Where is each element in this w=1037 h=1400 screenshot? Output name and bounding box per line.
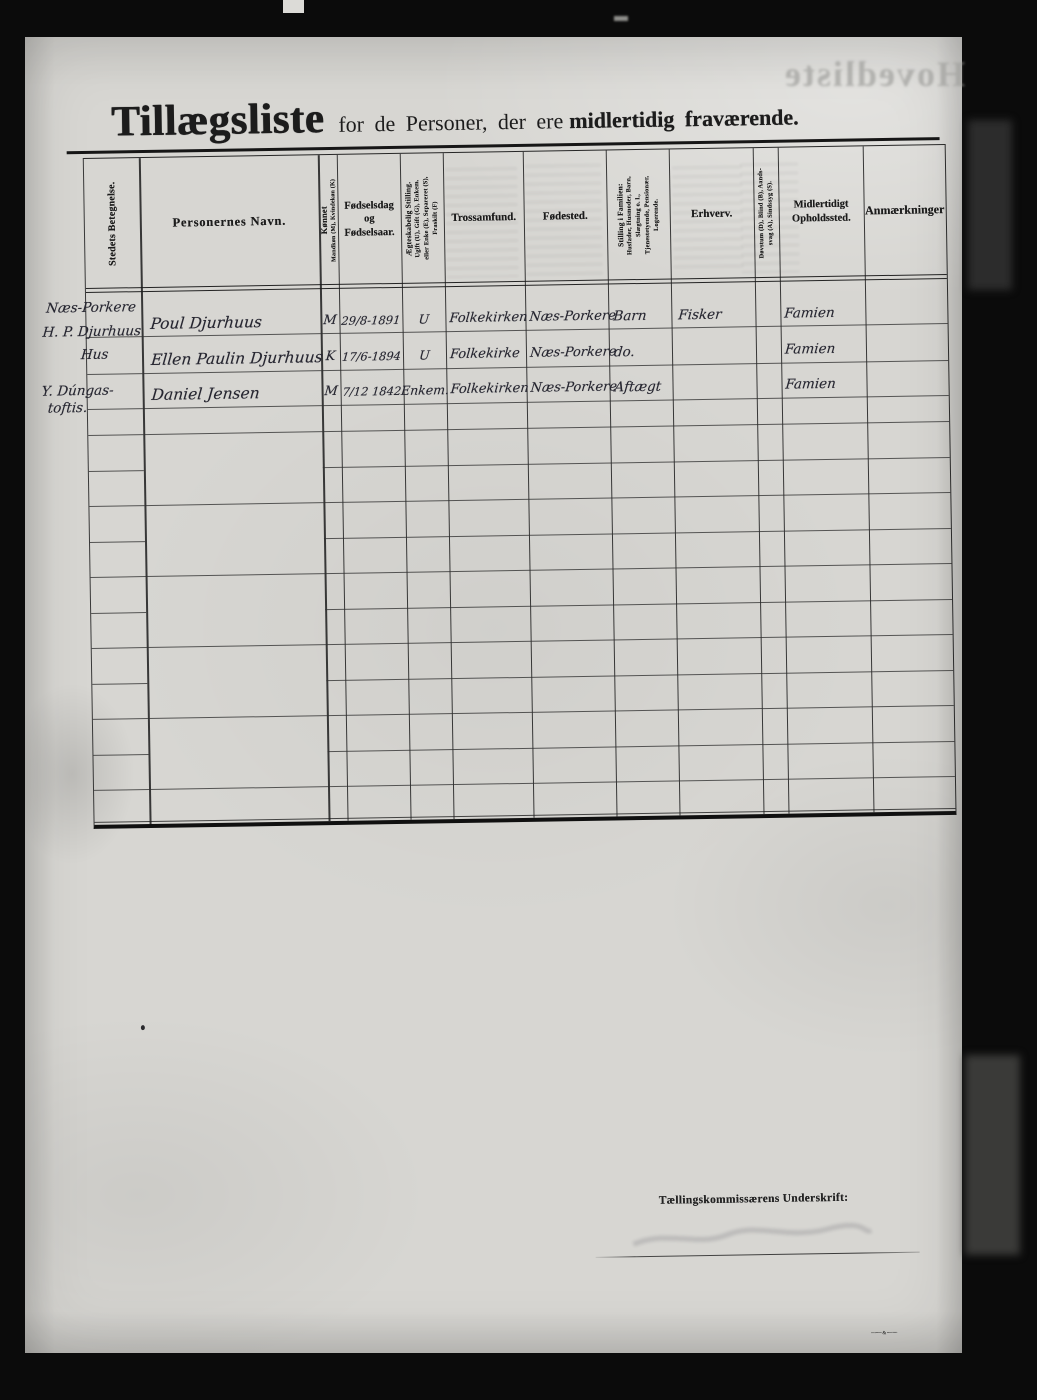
entry-sex-row1: M [320,303,340,339]
entry-marital-row3: Enkem. [403,372,447,408]
row-rule [92,647,147,649]
header-line-family: Husfader, Husmoder, Barn, [626,176,634,255]
row-rule [89,470,144,472]
header-line-family: Slægtning o. l., [635,193,643,236]
row-rule [88,434,143,436]
entry-family-row1: Barn [608,297,676,334]
entry-sex-row3: M [321,374,341,410]
entry-disability-row2 [755,331,781,367]
column-header-birth: FødselsdagogFødselsaar. [337,157,402,282]
entry-church-row1: Folkekirken [445,300,529,337]
header-line-sex: Kønnet [319,206,329,234]
place-entry-line: Næs-Porkere [45,299,136,316]
row-rule [325,563,952,574]
entry-birth-row2: 17/6-1894 [339,337,404,374]
place-entry-line: toftis. [47,400,88,417]
place-entry-line: H. P. Djurhuus [42,323,142,341]
header-line-name: Personernes Navn. [172,213,286,231]
bleedthrough-smudge [672,165,744,274]
header-line-place: Stedets Betegnelse. [106,181,118,266]
row-rule [143,431,322,435]
title-main: Tillægsliste [111,95,325,145]
row-rule [93,718,148,720]
entry-occupation-row3 [672,367,763,404]
entry-birth-row3: 7/12 1842 [340,373,405,410]
printer-mark: ········· & ········· [871,1331,897,1336]
header-line-birth: Fødselsdag [344,199,394,213]
entry-occupation-row1: Fisker [671,296,762,333]
row-rule [87,373,142,375]
header-line-marital: Ægteskabelig Stilling. [404,181,413,256]
row-rule [148,715,327,719]
entry-birthplace-row2: Næs-Porkere [525,334,612,371]
row-rule [144,502,323,506]
signature-ghost [627,1217,877,1253]
frame-dash [614,16,628,21]
entry-birth-row1: 29/8-1891 [339,302,404,339]
page-title: Tillægslistefor de Personer, der eremidl… [111,86,799,146]
row-rule [94,789,149,791]
title-sub-bold: midlertidig fraværende. [569,104,799,133]
entry-remarks-row3 [866,364,953,401]
frame-patch [968,120,1012,290]
entry-name-row3: Daniel Jensen [142,374,330,413]
frame-patch [965,1055,1020,1255]
header-line-family: Stilling i Familien: [616,183,625,247]
entry-name-row1: Poul Djurhuus [141,303,329,342]
entry-marital-row2: U [402,337,446,373]
header-line-marital: Fraskilt (F) [433,202,440,235]
entry-residence-row1: Famien [780,294,869,331]
signature-label: Tællingskommissærens Underskrift: [659,1192,849,1207]
place-entry-line: Y. Dúngas- [41,383,115,400]
row-rule [327,705,954,716]
header-line-marital: eller Enke (E), Separeret (S), [423,177,431,260]
entry-residence-row3: Famien [781,365,870,402]
bleedthrough-smudge [525,164,603,279]
column-header-sex: KønnetMandkøn (M), Kvindekøn (K) [318,158,339,282]
header-line-residence: Opholdssted. [792,212,851,227]
row-rule [324,527,951,538]
row-rule [146,573,325,577]
header-line-residence: Midlertidigt [794,198,849,213]
entry-church-row2: Folkekirke [445,335,529,372]
entry-disability-row3 [756,367,782,403]
row-rule [91,576,146,578]
bleedthrough-smudge [740,162,800,273]
row-rule [88,408,143,410]
title-sub-regular: for de Personer, der ere [338,108,563,137]
header-line-birth: og [364,212,375,226]
column-header-family: Stilling i Familien:Husfader, Husmoder, … [606,153,671,278]
row-rule [325,598,952,609]
entry-sex-row2: K [320,338,340,374]
header-line-family: Tjenestetyende, Pensionær, [644,176,652,254]
entry-residence-row2: Famien [780,330,869,367]
entry-occupation-row2 [671,332,762,369]
header-line-birth: Fødselsaar. [344,226,394,240]
census-table: Stedets Betegnelse.Personernes Navn.Kønn… [83,144,957,829]
place-entry-line: Hus [80,347,109,363]
paper-sheet: Hovedliste Tillægslistefor de Personer, … [25,37,962,1353]
entry-birthplace-row1: Næs-Porkere [525,298,612,335]
row-rule [328,776,955,787]
frame-notch [283,0,304,13]
column-header-marital: Ægteskabelig Stilling.Ugift (U), Gift (G… [400,156,445,281]
row-rule [91,612,146,614]
row-rule [326,669,953,680]
entry-marital-row1: U [402,301,446,337]
entry-remarks-row1 [865,293,952,330]
scanned-census-page: Hovedliste Tillægslistefor de Personer, … [0,0,1037,1400]
entry-church-row3: Folkekirken [446,371,530,408]
entry-remarks-row2 [865,328,952,365]
row-rule [326,634,953,645]
row-rule [323,456,950,467]
column-header-remarks: Anmærkninger [863,148,947,273]
row-rule [89,505,144,507]
header-line-family: Logerende. [653,199,660,231]
row-rule [93,754,148,756]
entry-birthplace-row3: Næs-Porkere [526,369,613,406]
row-rule [90,541,145,543]
row-rule [147,644,326,648]
row-rule [323,492,950,503]
column-header-place: Stedets Betegnelse. [84,161,141,286]
row-rule [327,740,954,751]
entry-disability-row1 [755,296,781,332]
entry-family-row3: Aftægt [609,368,677,405]
entry-family-row2: do. [608,333,676,370]
entry-name-row2: Ellen Paulin Djurhuus [141,339,329,378]
header-line-remarks: Anmærkninger [865,202,945,219]
row-rule [322,421,949,432]
row-rule [92,683,147,685]
ink-speck [141,1025,145,1030]
column-header-name: Personernes Navn. [139,158,320,285]
bleedthrough-smudge [445,167,519,278]
row-rule [149,786,328,790]
rotated-content: Tillægslistefor de Personer, der eremidl… [18,30,976,1361]
